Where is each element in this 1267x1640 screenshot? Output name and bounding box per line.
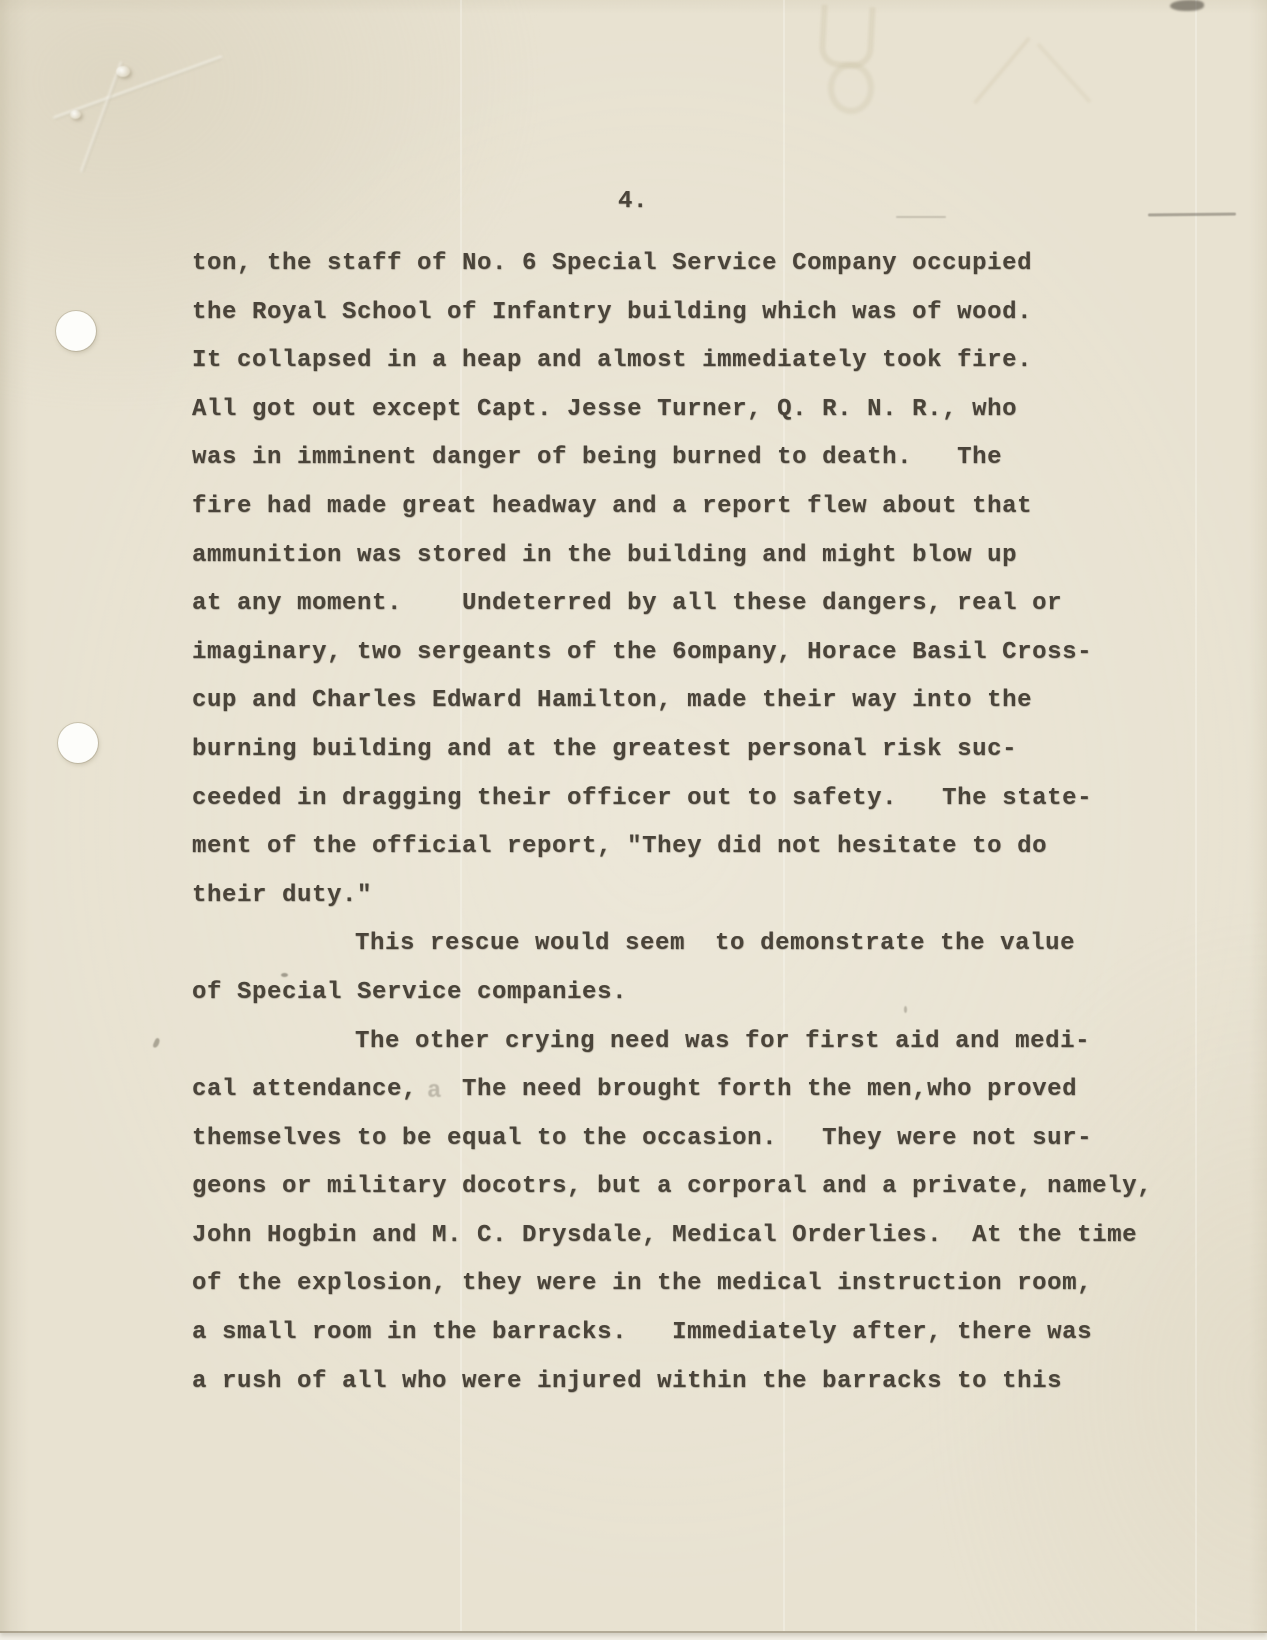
text-line: John Hogbin and M. C. Drysdale, Medical … [192,1212,1192,1261]
text-line: ammunition was stored in the building an… [192,532,1192,581]
scanned-typescript-page: 4. ton, the staff of No. 6 Special Servi… [0,0,1267,1640]
ink-speck [904,1006,907,1013]
text-line: was in imminent danger of being burned t… [192,434,1192,483]
text-line: All got out except Capt. Jesse Turner, Q… [192,386,1192,435]
bleedthrough-mark [828,62,874,114]
text-line: ment of the official report, "They did n… [192,823,1192,872]
crease-pinch-mark [116,66,130,77]
hole-punch-bottom [58,723,98,763]
text-line: themselves to be equal to the occasion. … [192,1115,1192,1164]
text-line: a rush of all who were injured within th… [192,1358,1192,1407]
typewritten-text-block: ton, the staff of No. 6 Special Service … [192,240,1192,1406]
paper-sheet: 4. ton, the staff of No. 6 Special Servi… [0,0,1267,1633]
page-number: 4. [618,188,648,215]
text-line: their duty." [192,872,1192,921]
scan-streak [1195,0,1197,1631]
text-line: cal attendance, The need brought forth t… [192,1066,1192,1115]
bleedthrough-mark [1036,43,1091,104]
text-line-paragraph-start: The other crying need was for first aid … [192,1018,1192,1067]
text-line-paragraph-start: This rescue would seem to demonstrate th… [192,920,1192,969]
text-line: ceeded in dragging their officer out to … [192,775,1192,824]
text-line: the Royal School of Infantry building wh… [192,289,1192,338]
ink-speck [152,1037,161,1048]
text-line: cup and Charles Edward Hamilton, made th… [192,677,1192,726]
pencil-mark-short [896,216,946,218]
ink-smudge [1170,0,1204,11]
text-line: a small room in the barracks. Immediatel… [192,1309,1192,1358]
bleedthrough-mark [973,37,1031,105]
pencil-mark-long [1148,213,1236,217]
text-line: geons or military docotrs, but a corpora… [192,1163,1192,1212]
crease-pinch-mark [70,110,81,119]
text-line: of Special Service companies. [192,969,1192,1018]
text-line: It collapsed in a heap and almost immedi… [192,337,1192,386]
text-line: ton, the staff of No. 6 Special Service … [192,240,1192,289]
text-line: at any moment. Undeterred by all these d… [192,580,1192,629]
ink-speck [281,973,288,977]
bleedthrough-mark [818,5,875,70]
crease-mark [80,61,124,173]
text-line: fire had made great headway and a report… [192,483,1192,532]
text-line: of the explosion, they were in the medic… [192,1260,1192,1309]
ink-smudge-character: a [427,1078,441,1105]
hole-punch-top [56,311,96,351]
text-line: imaginary, two sergeants of the 6ompany,… [192,629,1192,678]
text-line: burning building and at the greatest per… [192,726,1192,775]
